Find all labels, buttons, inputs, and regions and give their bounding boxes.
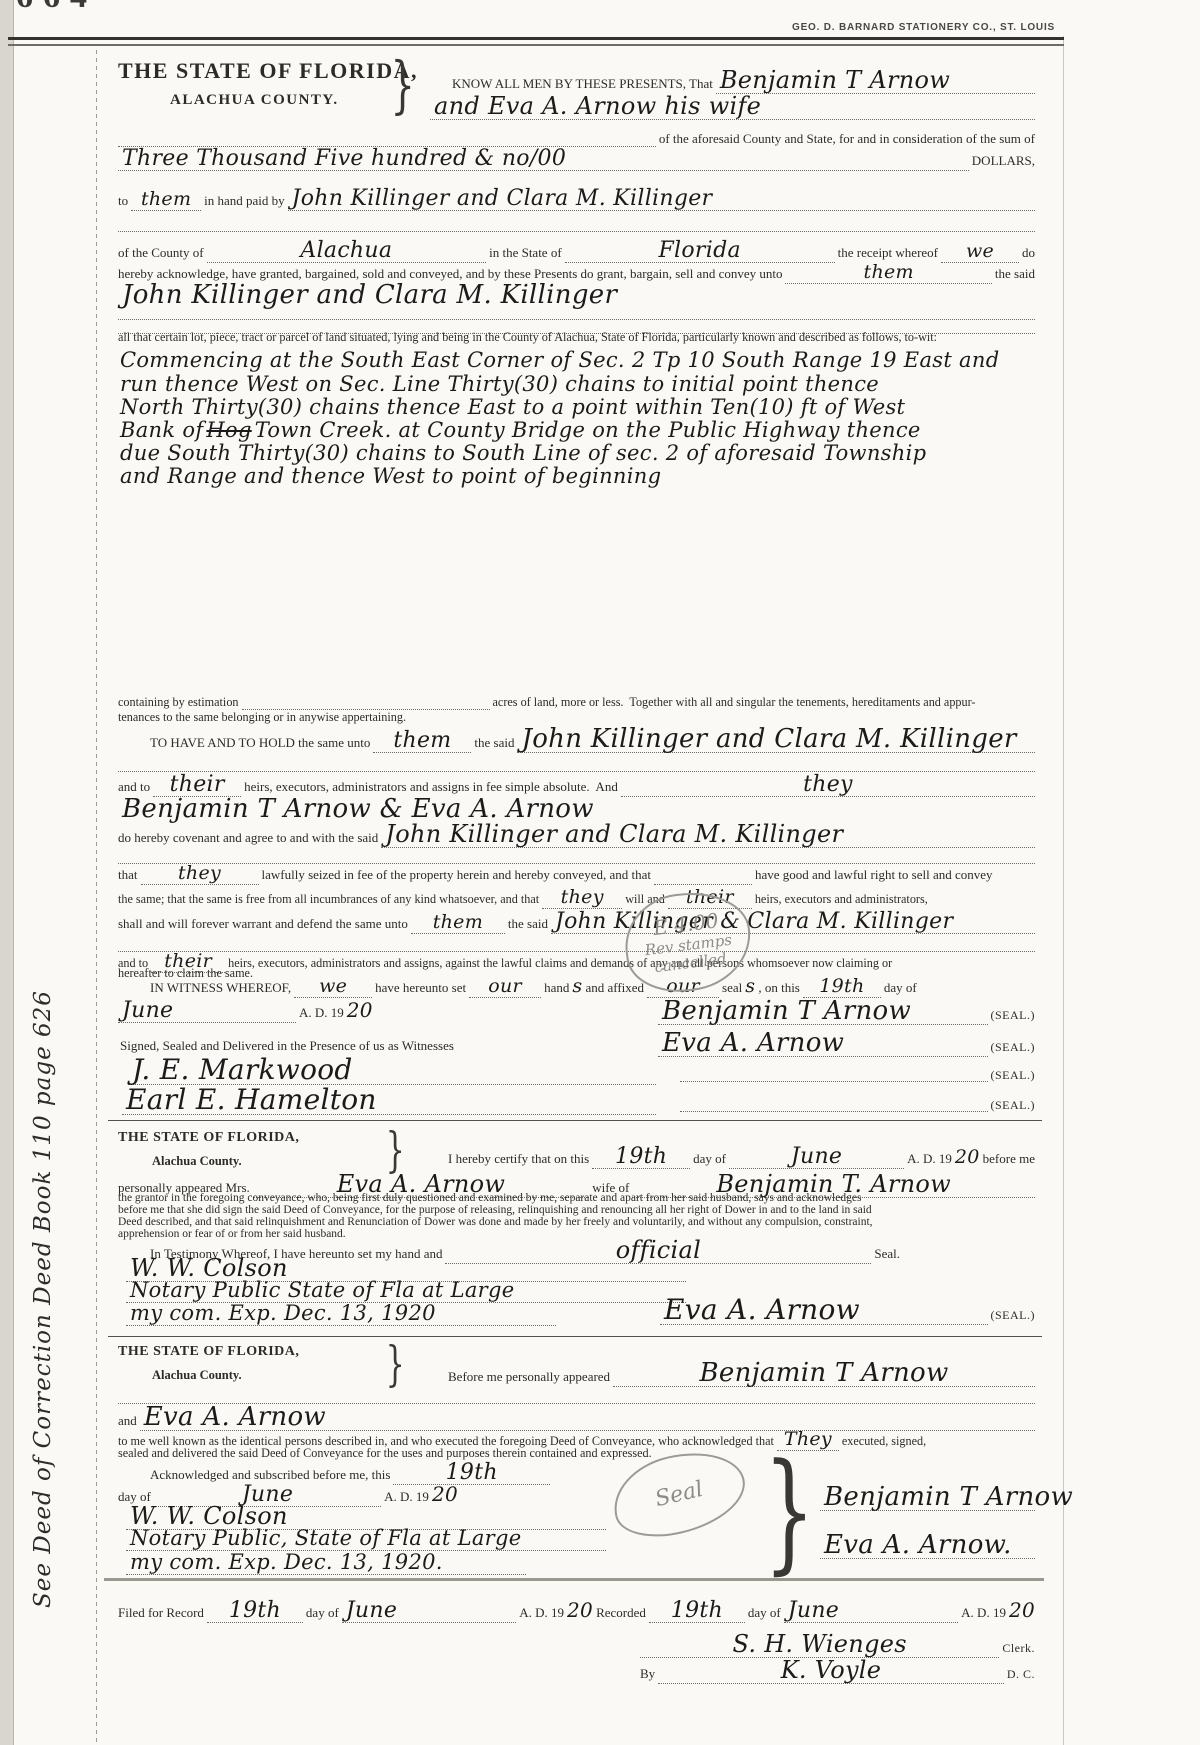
containing-line: containing by estimation acres of land, …: [118, 695, 1035, 710]
notary-commission-field: my com. Exp. Dec. 13, 1920.: [126, 1552, 526, 1575]
recorded-month-field: June: [784, 1600, 958, 1623]
margin-annotation: See Deed of Correction Deed Book 110 pag…: [30, 593, 56, 1608]
blank-rule: [118, 758, 1035, 772]
grantor-name-2-field: and Eva A. Arnow his wife: [430, 94, 1035, 120]
deputy-signature-field: K. Voyle: [658, 1658, 1004, 1684]
left-margin-rule: [96, 50, 97, 1745]
witness-signature-line-2: Earl E. Hamelton: [122, 1086, 656, 1115]
appeared-name-field: Benjamin T Arnow: [613, 1360, 1035, 1387]
legal-description-line: North Thirty(30) chains thence East to a…: [120, 397, 905, 418]
acknowledgment-brace: }: [764, 1446, 815, 1576]
unto-field: them: [785, 263, 991, 284]
to-whom-field: them: [131, 190, 201, 211]
top-rule-light: [8, 44, 1064, 46]
legal-description-line: due South Thirty(30) chains to South Lin…: [120, 443, 926, 464]
they-field: they: [621, 774, 1035, 797]
ack-day-field: 19th: [393, 1462, 550, 1485]
witness-signature-1: J. E. Markwood: [132, 1053, 353, 1086]
dollars-label: DOLLARS,: [972, 153, 1035, 169]
grantors-line: Benjamin T Arnow & Eva A. Arnow: [118, 796, 1035, 822]
grantor-name-2: and Eva A. Arnow his wife: [434, 92, 761, 120]
they-will-field: they: [542, 888, 622, 909]
county-state-line: of the County of Alachua in the State of…: [118, 240, 1035, 263]
consideration-amount-field: Three Thousand Five hundred & no/00: [118, 148, 969, 171]
paid-by-names: John Killinger and Clara M. Killinger: [292, 186, 713, 211]
page-number-clipped: 664: [16, 0, 126, 15]
blank-rule: [118, 850, 1035, 864]
that-they-field: they: [141, 864, 259, 885]
notary2-title-line: Notary Public, State of Fla at Large: [126, 1528, 606, 1551]
state-field: Florida: [565, 240, 835, 263]
to-have-grantees-field: John Killinger and Clara M. Killinger: [517, 726, 1035, 753]
all-that-line: all that certain lot, piece, tract or pa…: [118, 330, 1040, 345]
in-witness-line: IN WITNESS WHEREOF, we have hereunto set…: [150, 977, 1035, 998]
notary1-title-line: Notary Public State of Fla at Large: [126, 1280, 686, 1303]
filed-for-record-line: Filed for Record 19th day of June A. D. …: [118, 1600, 1035, 1623]
seal-rule-4: (SEAL.): [680, 1098, 1035, 1112]
deed-record-scan: { "colors": { "paper": "#faf9f5", "print…: [0, 0, 1200, 1745]
witness-signature-line-1: J. E. Markwood: [128, 1056, 656, 1085]
warrant-names-field: John Killinger & Clara M. Killinger: [551, 911, 1035, 934]
seal-label: (SEAL.): [991, 1068, 1036, 1083]
section-divider: [108, 1336, 1042, 1337]
ack-signature-2: Eva A. Arnow.: [824, 1530, 1012, 1560]
deputy-signature-line: By K. Voyle D. C.: [640, 1658, 1035, 1684]
consideration-amount: Three Thousand Five hundred & no/00: [122, 146, 566, 171]
seized-line: that they lawfully seized in fee of the …: [118, 864, 1035, 885]
grantors-field: Benjamin T Arnow & Eva A. Arnow: [118, 796, 1035, 822]
struck-word: Hog: [206, 420, 251, 441]
incumbrance-line: the same; that the same is free from all…: [118, 888, 1035, 909]
claims-line: and to their heirs, executors, administr…: [118, 952, 1035, 973]
blank-rule: [118, 938, 1035, 952]
signature-field: Benjamin T Arnow: [658, 998, 988, 1025]
filed-day-field: 19th: [207, 1600, 303, 1623]
grantor-signature-line-1: Benjamin T Arnow (SEAL.): [658, 998, 1035, 1025]
aforesaid-line: of the aforesaid County and State, for a…: [118, 131, 1035, 147]
notary2-and-line: and Eva A. Arnow: [118, 1404, 1035, 1431]
seal-label: (SEAL.): [991, 1008, 1036, 1023]
blank-rule: [118, 306, 1035, 320]
notary2-commission-line: my com. Exp. Dec. 13, 1920.: [126, 1552, 526, 1575]
notary2-appeared-line: Before me personally appeared Benjamin T…: [448, 1360, 1035, 1387]
notary2-brace: }: [386, 1340, 405, 1388]
consideration-line: Three Thousand Five hundred & no/00 DOLL…: [118, 148, 1035, 171]
tenances-line: tenances to the same belonging or in any…: [118, 710, 406, 725]
presents-line: KNOW ALL MEN BY THESE PRESENTS, That Ben…: [452, 68, 1035, 94]
ack-signature-line-2: Eva A. Arnow.: [820, 1532, 1035, 1559]
month-year-line: June A. D. 19 20: [118, 1000, 558, 1023]
county-field: Alachua: [207, 240, 487, 263]
warrant-unto-field: them: [411, 913, 505, 934]
notary1-certify-line: I hereby certify that on this 19th day o…: [448, 1146, 1035, 1169]
grantor-signature-1: Benjamin T Arnow: [662, 996, 911, 1026]
seal-rule-3: (SEAL.): [680, 1068, 1035, 1082]
grantees-field: John Killinger and Clara M. Killinger: [118, 282, 1035, 308]
dower-paragraph-line: the grantor in the foregoing conveyance,…: [118, 1192, 861, 1204]
stationery-credit: GEO. D. BARNARD STATIONERY CO., ST. LOUI…: [792, 22, 1055, 33]
ack-signature-1: Benjamin T Arnow: [824, 1482, 1073, 1512]
dc-label: D. C.: [1007, 1667, 1035, 1682]
grantor-signature-2: Eva A. Arnow: [662, 1028, 844, 1058]
to-have-line: TO HAVE AND TO HOLD the same unto them t…: [150, 726, 1035, 753]
notary-title-field: Notary Public State of Fla at Large: [126, 1280, 686, 1303]
grantees-line: John Killinger and Clara M. Killinger: [118, 282, 1035, 308]
paid-by-line: to them in hand paid by John Killinger a…: [118, 188, 1035, 211]
signature-field: Benjamin T Arnow: [820, 1484, 1035, 1511]
witness-signature-field: J. E. Markwood: [128, 1056, 656, 1085]
top-rule-heavy: [8, 37, 1064, 40]
notary2-state-heading: THE STATE OF FLORIDA,: [118, 1344, 299, 1360]
year-value: 20: [347, 1000, 373, 1020]
signature-field: Eva A. Arnow: [660, 1296, 988, 1325]
county-heading: ALACHUA COUNTY.: [170, 92, 339, 109]
legal-description-line: and Range and thence West to point of be…: [120, 466, 661, 487]
header-brace: }: [390, 54, 414, 116]
filing-divider: [104, 1578, 1044, 1581]
legal-description-line: Commencing at the South East Corner of S…: [120, 350, 999, 371]
seal-label: (SEAL.): [991, 1098, 1036, 1113]
to-have-field: them: [373, 730, 471, 753]
recorded-day-field: 19th: [649, 1600, 745, 1623]
notary1-state-heading: THE STATE OF FLORIDA,: [118, 1130, 299, 1146]
paid-by-field: John Killinger and Clara M. Killinger: [288, 188, 1035, 211]
blank-rule: [118, 218, 1035, 232]
clerk-signature-line: S. H. Wienges Clerk.: [640, 1632, 1035, 1658]
legal-description-line: run thence West on Sec. Line Thirty(30) …: [120, 374, 879, 395]
filed-month-field: June: [342, 1600, 516, 1623]
grantor-signature-line-2: Eva A. Arnow (SEAL.): [658, 1030, 1035, 1057]
notary2-county-heading: Alachua County.: [152, 1368, 242, 1383]
seal-label: (SEAL.): [991, 1040, 1036, 1055]
clerk-signature: S. H. Wienges: [732, 1630, 906, 1658]
legal-description-line: Bank of Hog Town Creek. at County Bridge…: [120, 420, 921, 441]
notary-title-field: Notary Public, State of Fla at Large: [126, 1528, 606, 1551]
ack-signature-line-1: Benjamin T Arnow: [820, 1484, 1035, 1511]
grantor-name-1-field: Benjamin T Arnow: [716, 68, 1035, 94]
well-known-line-2: sealed and delivered the said Deed of Co…: [118, 1446, 652, 1461]
receipt-field: we: [941, 242, 1019, 263]
covenant-line: do hereby covenant and agree to and with…: [118, 822, 1035, 848]
state-heading: THE STATE OF FLORIDA,: [118, 58, 418, 84]
blank-field: [654, 880, 752, 885]
dower-paragraph-line: before me that she did sign the said Dee…: [118, 1204, 872, 1216]
section-divider: [108, 1120, 1042, 1121]
witness-signature-2: Earl E. Hamelton: [126, 1083, 377, 1116]
clerk-label: Clerk.: [1002, 1641, 1035, 1656]
notary1-county-heading: Alachua County.: [152, 1154, 242, 1169]
acknowledged-line: Acknowledged and subscribed before me, t…: [150, 1462, 550, 1485]
signature-field: Eva A. Arnow: [658, 1030, 988, 1057]
month-field: June: [118, 1000, 296, 1023]
witness-signature-field: Earl E. Hamelton: [122, 1086, 656, 1115]
clerk-signature-field: S. H. Wienges: [640, 1632, 999, 1658]
covenant-field: John Killinger and Clara M. Killinger: [381, 822, 1035, 848]
seal-label: (SEAL.): [991, 1308, 1036, 1323]
presence-label-line: Signed, Sealed and Delivered in the Pres…: [120, 1038, 454, 1054]
presents-label: KNOW ALL MEN BY THESE PRESENTS, That: [452, 76, 713, 92]
second-name-field: Eva A. Arnow: [140, 1404, 1035, 1431]
warrant-line: shall and will forever warrant and defen…: [118, 911, 1035, 934]
scan-left-edge: [0, 0, 14, 1745]
grantor-wife-line: and Eva A. Arnow his wife: [430, 94, 1035, 120]
notary1-brace: }: [386, 1126, 405, 1174]
notary1-commission-line: my com. Exp. Dec. 13, 1920: [126, 1303, 556, 1326]
signature-field: Eva A. Arnow.: [820, 1532, 1035, 1559]
notary-commission-field: my com. Exp. Dec. 13, 1920: [126, 1303, 556, 1326]
deputy-signature: K. Voyle: [781, 1656, 882, 1684]
dower-signature: Eva A. Arnow: [664, 1293, 860, 1326]
grantor-name-1: Benjamin T Arnow: [720, 66, 950, 94]
dower-signature-line: Eva A. Arnow (SEAL.): [660, 1296, 1035, 1325]
day-field: 19th: [803, 977, 881, 998]
dower-paragraph-line: Deed described, and that said relinquish…: [118, 1216, 873, 1228]
